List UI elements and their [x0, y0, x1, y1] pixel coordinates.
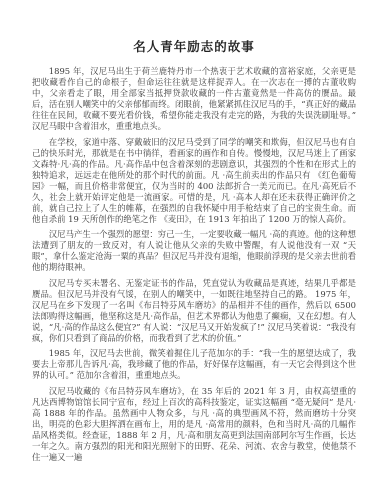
paragraph-5: 1985 年，汉尼马去世前，微笑着握住儿子范加尔的手：“我一生的愿望达成了，我要… — [32, 348, 356, 381]
document-body: 1895 年，汉尼马出生于荷兰鹿特丹市一个热衷于艺术收藏的富裕家庭，父亲更是把收… — [32, 66, 356, 463]
document-page: 名人青年励志的故事 1895 年，汉尼马出生于荷兰鹿特丹市一个热衷于艺术收藏的富… — [0, 0, 386, 500]
paragraph-3: 汉尼马产生一个强烈的愿望：穷己一生，一定要收藏一幅凡 ·高的真迹。他的这种想法遭… — [32, 229, 356, 273]
paragraph-2: 在学校，家道中落、穿戴破旧的汉尼马受到了同学的嘲笑和欺侮，但汉尼马也有自己的快乐… — [32, 137, 356, 225]
paragraph-1: 1895 年，汉尼马出生于荷兰鹿特丹市一个热衷于艺术收藏的富裕家庭，父亲更是把收… — [32, 66, 356, 132]
document-title: 名人青年励志的故事 — [32, 37, 356, 55]
paragraph-4: 汉尼马专买未署名、无鉴定证书的作品，凭直觉认为收藏品是真迹，结果几乎都是赝品。但… — [32, 278, 356, 344]
paragraph-6: 汉尼马收藏的《布吕特芬风车磨坊》，在 35 年后的 2021 年 3 月，由权高… — [32, 386, 356, 463]
